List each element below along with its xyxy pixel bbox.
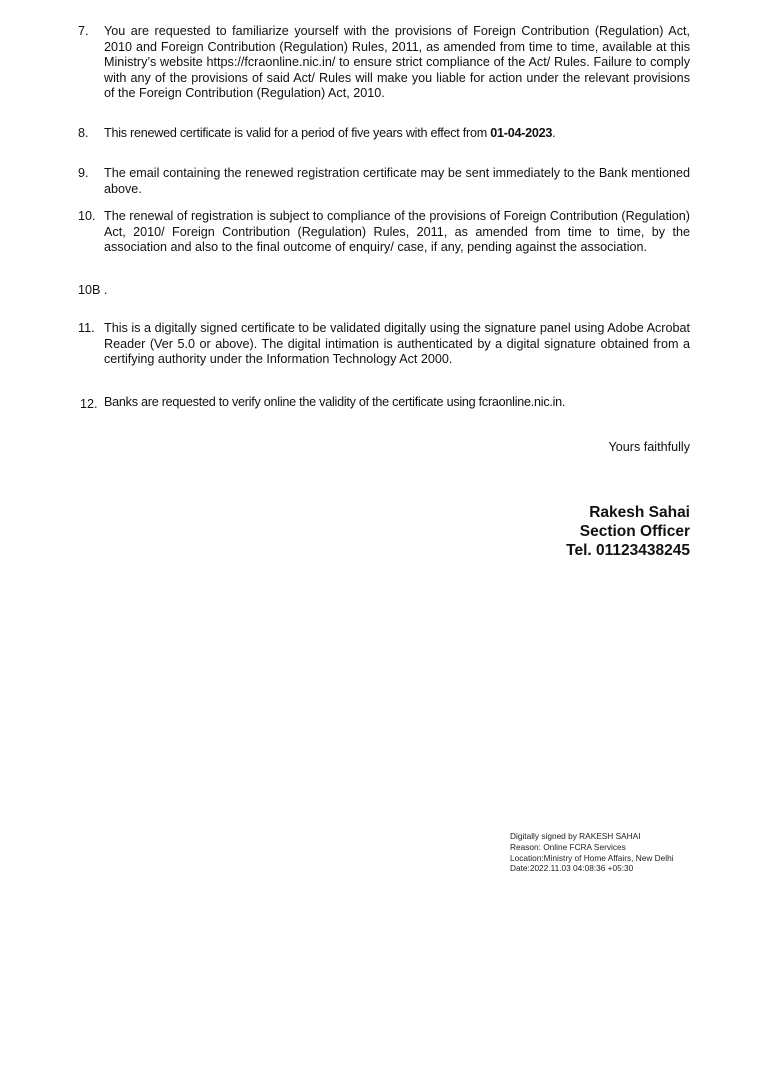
item-number: 12. [80, 397, 98, 413]
validity-text: This renewed certificate is valid for a … [104, 126, 490, 140]
digital-signature-stamp[interactable]: Digitally signed by RAKESH SAHAI Reason:… [510, 831, 674, 874]
item-text: The renewal of registration is subject t… [104, 209, 690, 256]
item-number: 10. [78, 209, 96, 225]
validity-date: 01-04-2023 [490, 126, 552, 140]
signature-reason: Reason: Online FCRA Services [510, 842, 674, 853]
item-number: 10B . [78, 283, 107, 299]
validity-end: . [552, 126, 555, 140]
signature-block: Rakesh Sahai Section Officer Tel. 011234… [566, 503, 690, 560]
item-8: 8. This renewed certificate is valid for… [78, 126, 690, 142]
closing-salutation: Yours faithfully [609, 440, 690, 454]
signature-date: Date:2022.11.03 04:08:36 +05:30 [510, 863, 674, 874]
item-number: 11. [78, 321, 95, 337]
signatory-name: Rakesh Sahai [566, 503, 690, 522]
item-text: This renewed certificate is valid for a … [104, 126, 690, 142]
signature-location: Location:Ministry of Home Affairs, New D… [510, 853, 674, 864]
item-number: 8. [78, 126, 89, 142]
item-text: You are requested to familiarize yoursel… [104, 24, 690, 102]
signatory-phone: Tel. 01123438245 [566, 541, 690, 560]
item-text: The email containing the renewed registr… [104, 166, 690, 197]
signed-by: Digitally signed by RAKESH SAHAI [510, 831, 674, 842]
item-12: 12. Banks are requested to verify online… [78, 395, 690, 411]
item-text: Banks are requested to verify online the… [104, 395, 690, 411]
item-10: 10. The renewal of registration is subje… [78, 209, 690, 256]
item-number: 7. [78, 24, 89, 40]
item-9: 9. The email containing the renewed regi… [78, 166, 690, 197]
item-number: 9. [78, 166, 89, 182]
item-text: This is a digitally signed certificate t… [104, 321, 690, 368]
item-7: 7. You are requested to familiarize your… [78, 24, 690, 102]
item-11: 11. This is a digitally signed certifica… [78, 321, 690, 368]
signatory-designation: Section Officer [566, 522, 690, 541]
